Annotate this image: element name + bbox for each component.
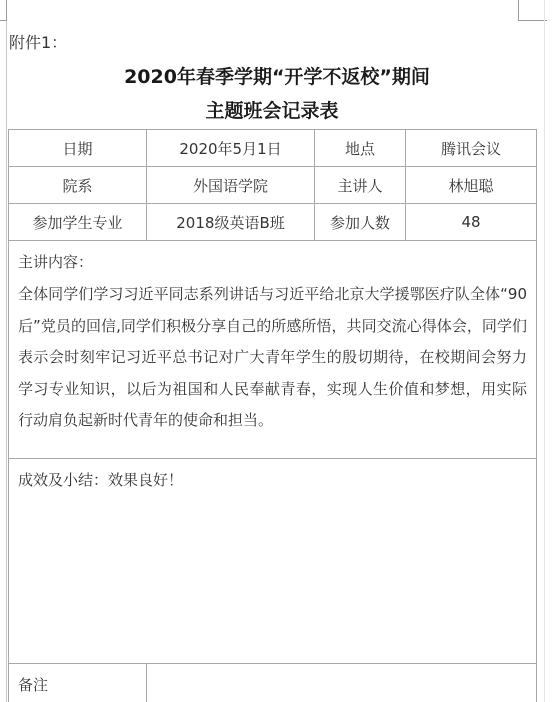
- document-title-line-2: 主题班会记录表: [0, 96, 549, 123]
- attendance-value: 48: [406, 204, 537, 241]
- department-label: 院系: [9, 167, 147, 204]
- location-value: 腾讯会议: [406, 130, 537, 167]
- table-row-department-speaker: 院系 外国语学院 主讲人 林旭聪: [9, 167, 537, 204]
- major-value: 2018级英语B班: [147, 204, 315, 241]
- class-meeting-record-table: 日期 2020年5月1日 地点 腾讯会议 院系 外国语学院 主讲人 林旭聪 参加…: [8, 129, 537, 702]
- summary-cell: 成效及小结：效果良好！: [9, 459, 537, 664]
- page-corner-mark-top-right: [518, 0, 547, 21]
- table-row-major-attendance: 参加学生专业 2018级英语B班 参加人数 48: [9, 204, 537, 241]
- table-row-date-location: 日期 2020年5月1日 地点 腾讯会议: [9, 130, 537, 167]
- speaker-label: 主讲人: [315, 167, 406, 204]
- location-label: 地点: [315, 130, 406, 167]
- table-row-summary: 成效及小结：效果良好！: [9, 459, 537, 664]
- major-label: 参加学生专业: [9, 204, 147, 241]
- content-body: 全体同学们学习习近平同志系列讲话与习近平给北京大学援鄂医疗队全体“90后”党员的…: [18, 279, 527, 437]
- remarks-value: [147, 664, 537, 702]
- table-row-remarks: 备注: [9, 664, 537, 702]
- remarks-label: 备注: [9, 664, 147, 702]
- content-heading: 主讲内容：: [18, 249, 527, 275]
- document-title-line-1: 2020年春季学期“开学不返校”期间: [0, 62, 554, 89]
- table-row-content: 主讲内容： 全体同学们学习习近平同志系列讲话与习近平给北京大学援鄂医疗队全体“9…: [9, 241, 537, 459]
- speaker-value: 林旭聪: [406, 167, 537, 204]
- attachment-label: 附件1：: [9, 30, 67, 53]
- content-cell: 主讲内容： 全体同学们学习习近平同志系列讲话与习近平给北京大学援鄂医疗队全体“9…: [9, 241, 537, 459]
- department-value: 外国语学院: [147, 167, 315, 204]
- page-corner-mark-top-left: [0, 0, 7, 21]
- summary-text: 成效及小结：效果良好！: [18, 467, 527, 493]
- date-label: 日期: [9, 130, 147, 167]
- attendance-label: 参加人数: [315, 204, 406, 241]
- date-value: 2020年5月1日: [147, 130, 315, 167]
